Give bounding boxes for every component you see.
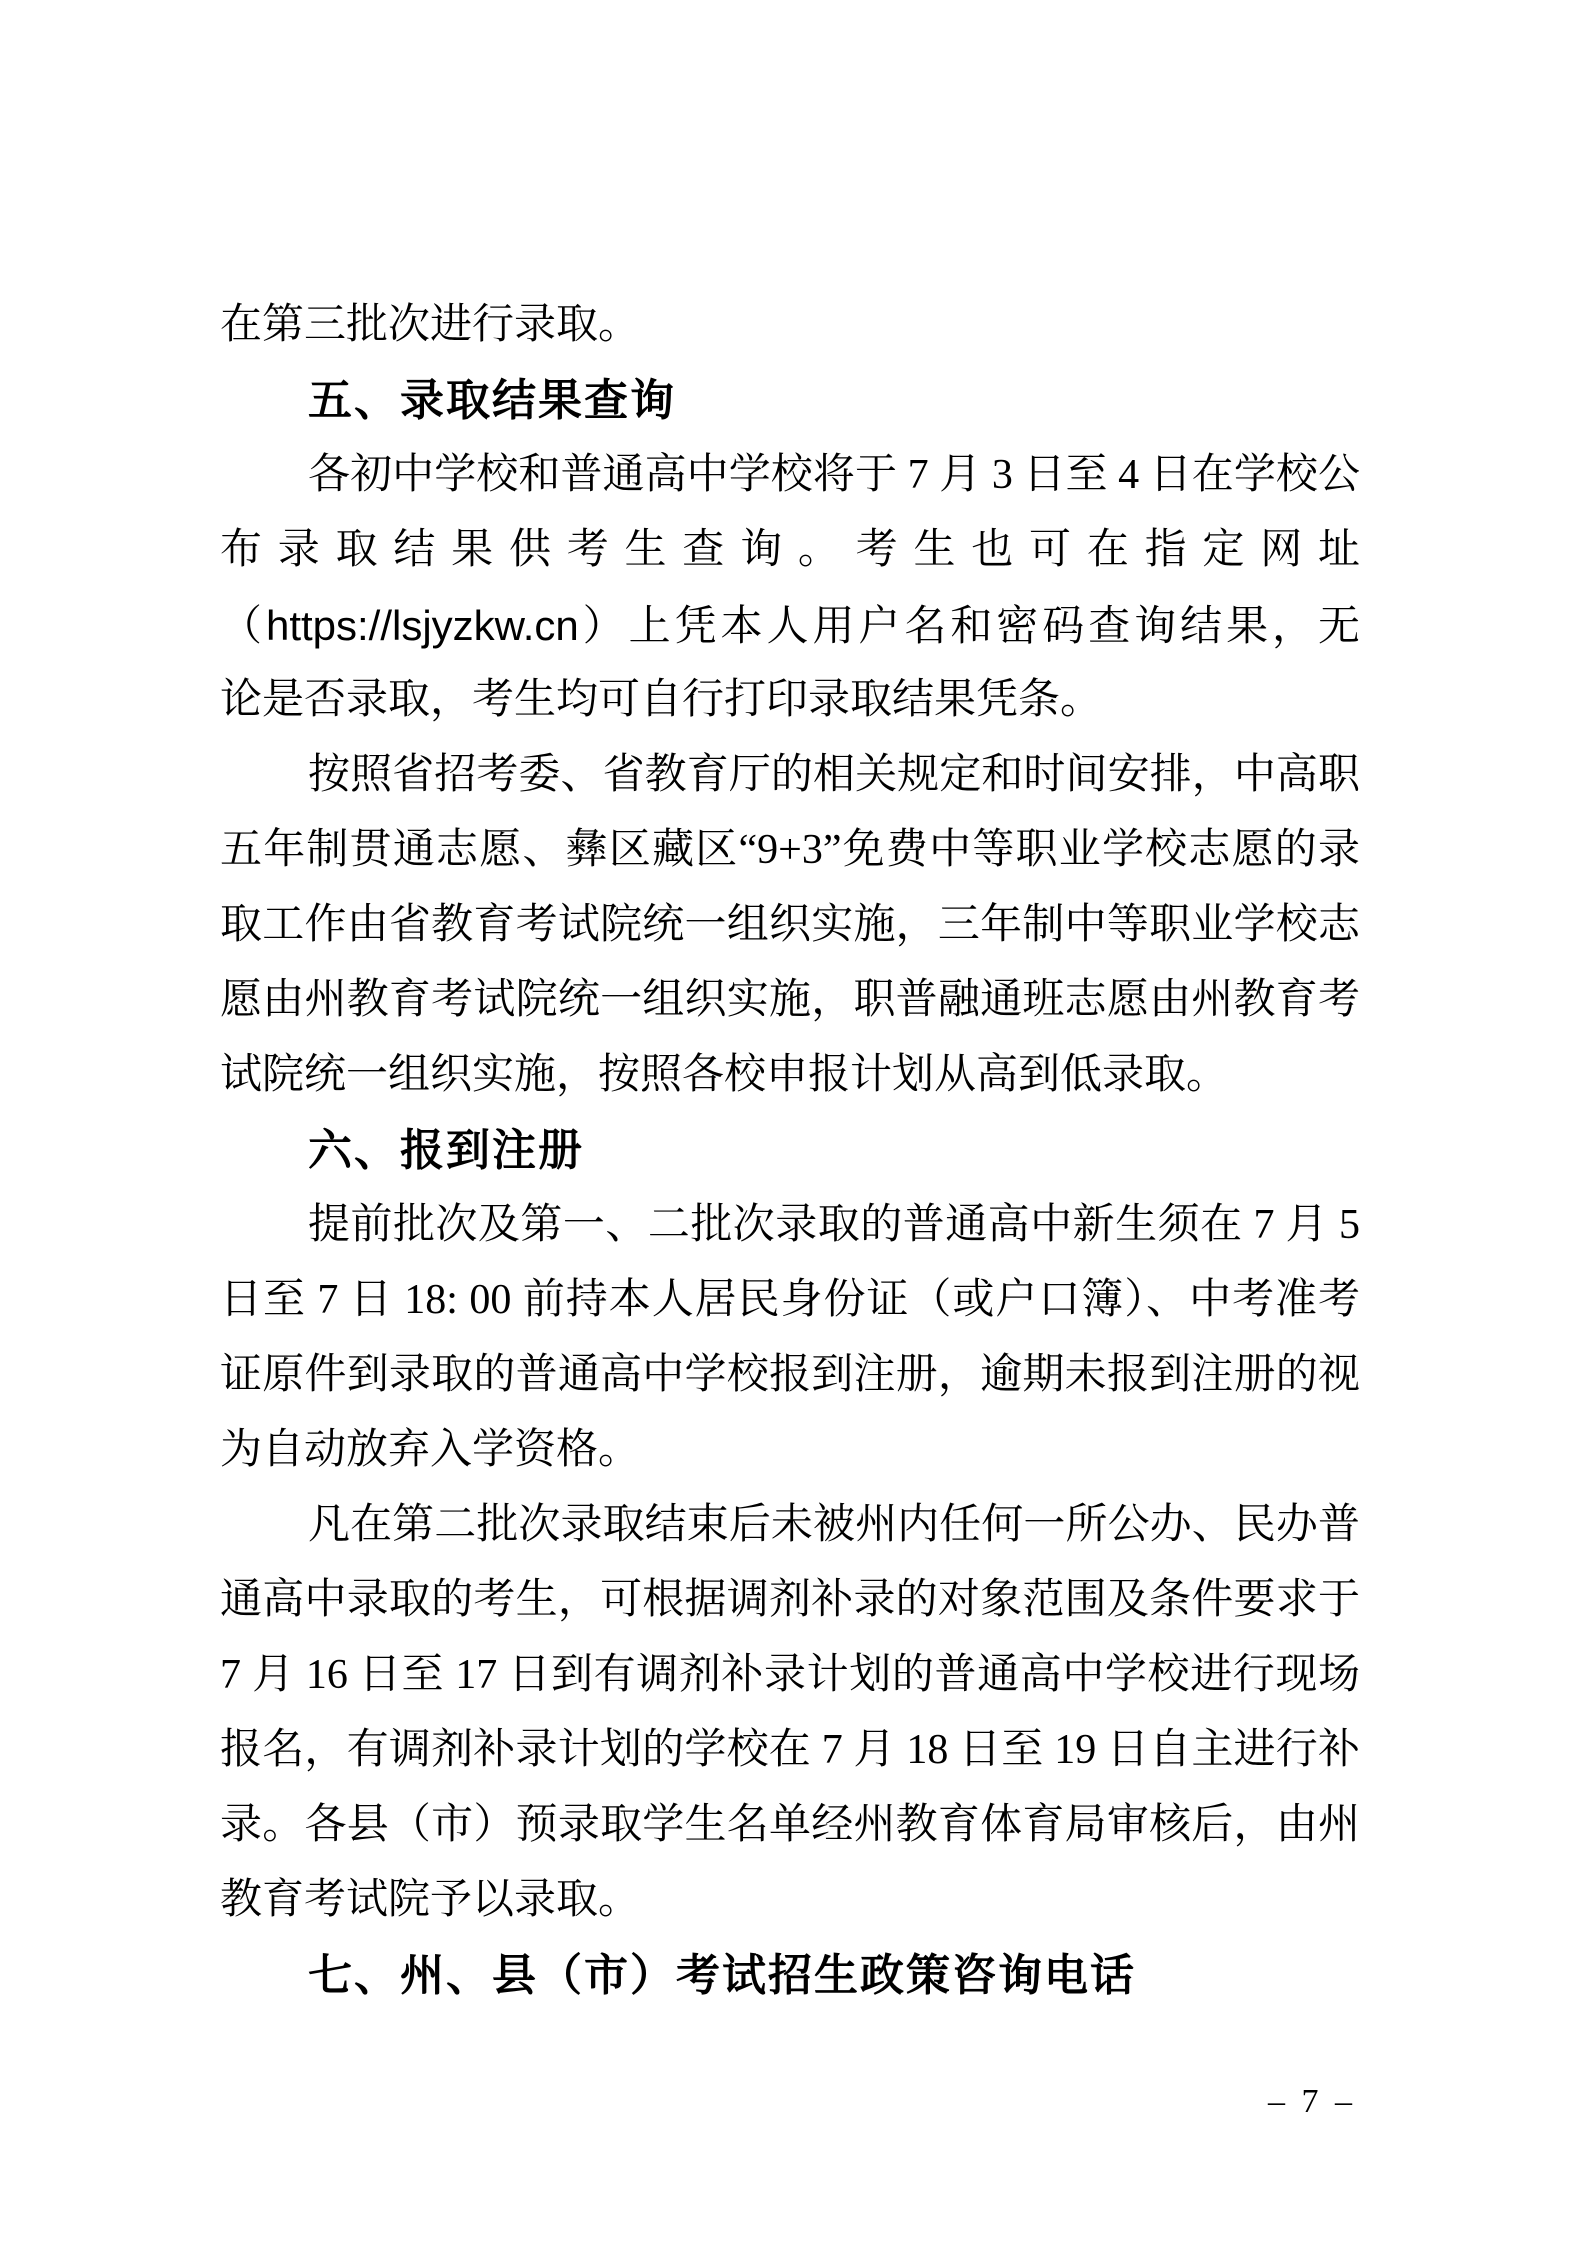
body-line: 7 月 16 日至 17 日到有调剂补录计划的普通高中学校进行现场 — [220, 1638, 1360, 1713]
section-6-heading: 六、报到注册 — [220, 1113, 1360, 1188]
body-line: 提前批次及第一、二批次录取的普通高中新生须在 7 月 5 — [220, 1188, 1360, 1263]
document-body: 在第三批次进行录取。 五、录取结果查询 各初中学校和普通高中学校将于 7 月 3… — [220, 288, 1360, 2013]
section-7-heading: 七、州、县（市）考试招生政策咨询电话 — [220, 1938, 1360, 2013]
body-line: 通高中录取的考生，可根据调剂补录的对象范围及条件要求于 — [220, 1563, 1360, 1638]
body-line-with-url: （https://lsjyzkw.cn）上凭本人用户名和密码查询结果，无 — [220, 588, 1360, 663]
section-5-paragraph-1: 各初中学校和普通高中学校将于 7 月 3 日至 4 日在学校公 布录取结果供考生… — [220, 438, 1360, 738]
body-line: 日至 7 日 18: 00 前持本人居民身份证（或户口簿）、中考准考 — [220, 1263, 1360, 1338]
body-line: 取工作由省教育考试院统一组织实施，三年制中等职业学校志 — [220, 888, 1360, 963]
body-line: 各初中学校和普通高中学校将于 7 月 3 日至 4 日在学校公 — [220, 438, 1360, 513]
section-6-paragraph-1: 提前批次及第一、二批次录取的普通高中新生须在 7 月 5 日至 7 日 18: … — [220, 1188, 1360, 1488]
body-line: 布录取结果供考生查询。考生也可在指定网址 — [220, 513, 1360, 588]
body-line: 录。各县（市）预录取学生名单经州教育体育局审核后，由州 — [220, 1788, 1360, 1863]
body-line: 凡在第二批次录取结束后未被州内任何一所公办、民办普 — [220, 1488, 1360, 1563]
body-line: 五年制贯通志愿、彝区藏区“9+3”免费中等职业学校志愿的录 — [220, 813, 1360, 888]
body-line: 证原件到录取的普通高中学校报到注册，逾期未报到注册的视 — [220, 1338, 1360, 1413]
section-6-paragraph-2: 凡在第二批次录取结束后未被州内任何一所公办、民办普 通高中录取的考生，可根据调剂… — [220, 1488, 1360, 1938]
body-line: 愿由州教育考试院统一组织实施，职普融通班志愿由州教育考 — [220, 963, 1360, 1038]
body-line: 为自动放弃入学资格。 — [220, 1413, 1360, 1488]
body-line: 论是否录取，考生均可自行打印录取结果凭条。 — [220, 663, 1360, 738]
body-line: 教育考试院予以录取。 — [220, 1863, 1360, 1938]
section-5-heading: 五、录取结果查询 — [220, 363, 1360, 438]
document-page: 在第三批次进行录取。 五、录取结果查询 各初中学校和普通高中学校将于 7 月 3… — [0, 0, 1587, 2245]
body-line: 报名，有调剂补录计划的学校在 7 月 18 日至 19 日自主进行补 — [220, 1713, 1360, 1788]
body-line: 试院统一组织实施，按照各校申报计划从高到低录取。 — [220, 1038, 1360, 1113]
page-number: – 7 – — [1268, 2082, 1356, 2122]
body-line: 按照省招考委、省教育厅的相关规定和时间安排，中高职 — [220, 738, 1360, 813]
paragraph-tail-line: 在第三批次进行录取。 — [220, 288, 1360, 363]
section-5-paragraph-2: 按照省招考委、省教育厅的相关规定和时间安排，中高职 五年制贯通志愿、彝区藏区“9… — [220, 738, 1360, 1113]
